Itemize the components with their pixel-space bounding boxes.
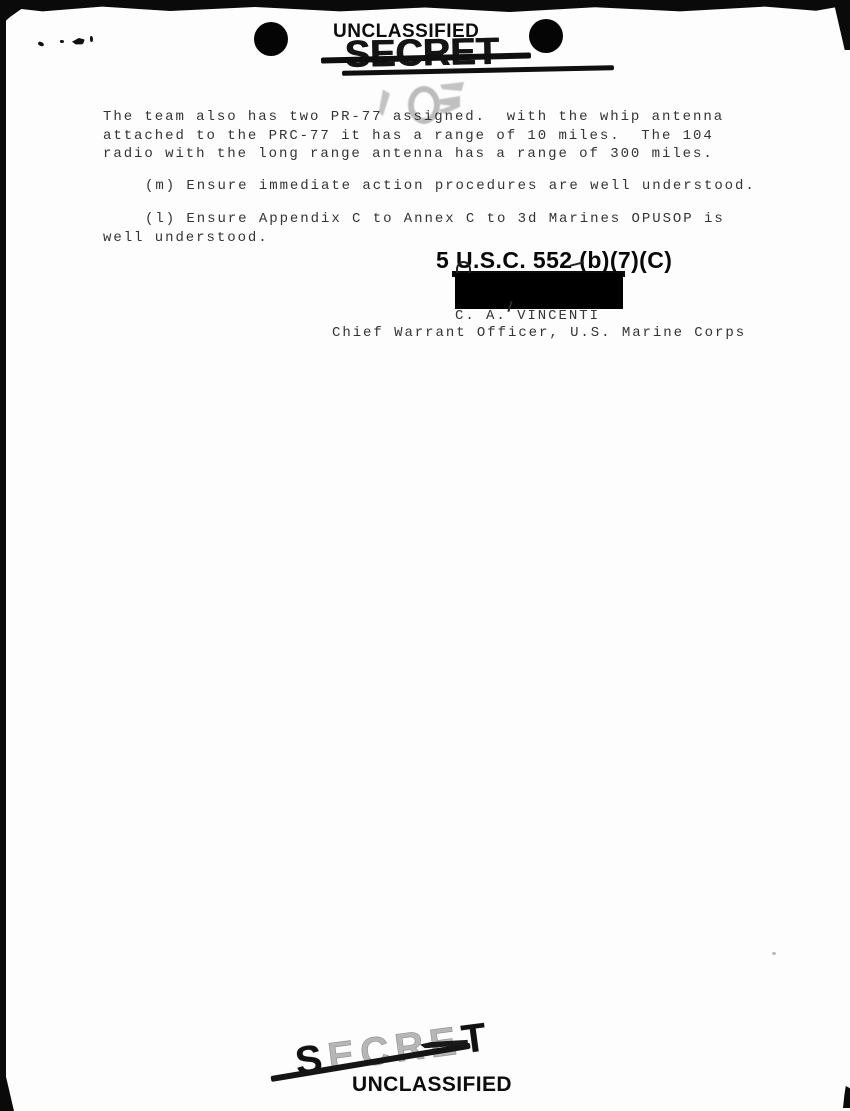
ink-smudge: [90, 36, 93, 42]
body-item-l-line2: well understood.: [103, 230, 269, 246]
body-item-l-line1: (l) Ensure Appendix C to Annex C to 3d M…: [145, 211, 725, 227]
redaction-bar: [455, 273, 623, 309]
scan-edge-top-bar: [0, 0, 850, 12]
foia-exemption-stamp: 5 U.S.C. 552 (b)(7)(C): [436, 247, 672, 274]
faint-speck: [772, 952, 776, 955]
scan-edge-left-bottom-wedge: [0, 1075, 14, 1111]
faded-ink-stamp-mark: [440, 82, 464, 91]
body-line: The team also has two PR-77 assigned. wi…: [103, 109, 724, 125]
ink-smudge: [37, 41, 44, 47]
scanned-document-page: UNCLASSIFIED SECRET The team also has tw…: [0, 0, 850, 1111]
body-item-m: (m) Ensure immediate action procedures a…: [145, 178, 756, 194]
body-line: attached to the PRC-77 it has a range of…: [103, 128, 714, 144]
hole-punch-left: [254, 22, 288, 56]
body-line: radio with the long range antenna has a …: [103, 146, 714, 162]
signer-title: Chief Warrant Officer, U.S. Marine Corps: [332, 325, 746, 341]
ink-smudge: [72, 37, 86, 46]
scan-edge-left-strip: [0, 6, 6, 1111]
signer-name: C. A. VINCENTI: [455, 308, 600, 324]
footer-unclassified-marking: UNCLASSIFIED: [352, 1073, 512, 1097]
hole-punch-right: [529, 19, 563, 53]
scan-mark-bottom-right: [843, 1086, 850, 1108]
ink-smudge: [60, 40, 64, 43]
